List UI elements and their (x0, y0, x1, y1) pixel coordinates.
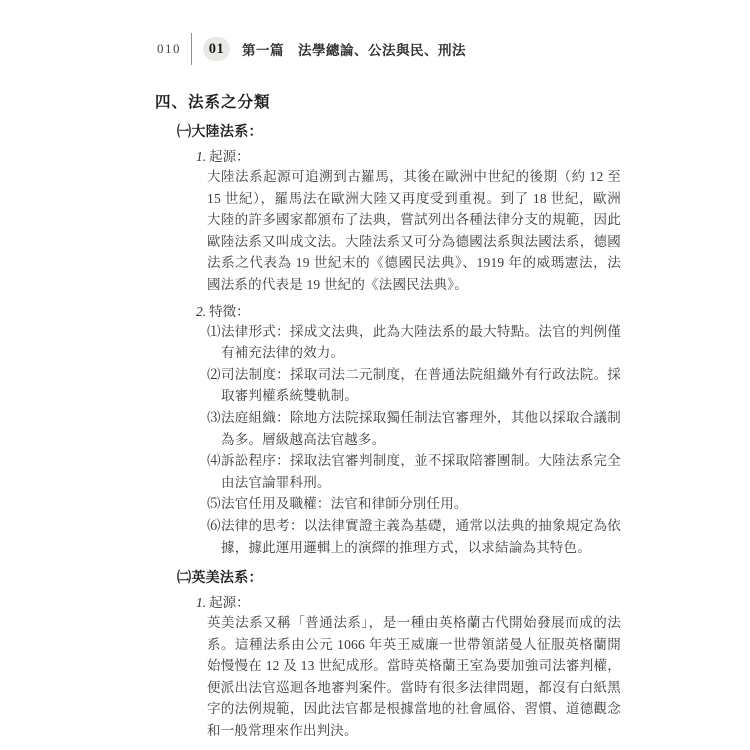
subsection-marker: ㈠ (177, 123, 191, 139)
item-number: 1. (196, 149, 206, 164)
subsection-title: ㈡英美法系： (177, 567, 750, 587)
feature-text: 訴訟程序：採取法官審判制度，並不採取陪審團制。大陸法系完全由法官論罪科刑。 (221, 450, 621, 493)
feature-marker: ⑹ (207, 515, 221, 537)
feature-item-1: ⑴ 法律形式：採成文法典，此為大陸法系的最大特點。法官的判例僅有補充法律的效力。 (207, 321, 621, 364)
feature-text: 法律形式：採成文法典，此為大陸法系的最大特點。法官的判例僅有補充法律的效力。 (221, 321, 621, 364)
item-heading-text: 特徵： (209, 304, 250, 319)
chapter-number-badge: 01 (203, 37, 230, 61)
feature-text: 法律的思考：以法律實證主義為基礎，通常以法典的抽象規定為依據，據此運用邏輯上的演… (221, 515, 621, 558)
page-header: 010 01 第一篇 法學總論、公法與民、刑法 (157, 34, 750, 64)
feature-text: 法官任用及職權：法官和律師分別任用。 (221, 493, 621, 515)
feature-text: 法庭組織：除地方法院採取獨任制法官審理外，其他以採取合議制為多。層級越高法官越多… (221, 407, 621, 450)
subsection-title-text: 英美法系： (191, 569, 263, 585)
origin-paragraph: 英美法系又稱「普通法系」，是一種由英格蘭古代開始發展而成的法系。這種法系由公元 … (207, 612, 621, 742)
item-heading-origin: 1.起源： (196, 145, 750, 165)
section-title: 四、法系之分類 (155, 90, 750, 112)
origin-paragraph: 大陸法系起源可追溯到古羅馬，其後在歐洲中世紀的後期（約 12 至 15 世紀），… (207, 166, 621, 296)
item-heading-text: 起源： (209, 595, 250, 610)
subsection-common-law: ㈡英美法系： 1.起源： 英美法系又稱「普通法系」，是一種由英格蘭古代開始發展而… (177, 567, 750, 742)
feature-item-2: ⑵ 司法制度：採取司法二元制度，在普通法院組織外有行政法院。採取審判權系統雙軌制… (207, 364, 621, 407)
subsection-title: ㈠大陸法系： (177, 121, 750, 141)
feature-marker: ⑷ (207, 450, 221, 472)
feature-marker: ⑶ (207, 407, 221, 429)
feature-marker: ⑴ (207, 321, 221, 343)
feature-item-5: ⑸ 法官任用及職權：法官和律師分別任用。 (207, 493, 621, 515)
subsection-continental-law: ㈠大陸法系： 1.起源： 大陸法系起源可追溯到古羅馬，其後在歐洲中世紀的後期（約… (177, 121, 750, 558)
item-heading-features: 2.特徵： (196, 300, 750, 320)
page-number: 010 (157, 41, 181, 57)
feature-marker: ⑸ (207, 493, 221, 515)
feature-item-6: ⑹ 法律的思考：以法律實證主義為基礎，通常以法典的抽象規定為依據，據此運用邏輯上… (207, 515, 621, 558)
chapter-title: 第一篇 法學總論、公法與民、刑法 (242, 39, 466, 59)
item-heading-origin: 1.起源： (196, 591, 750, 611)
subsection-marker: ㈡ (177, 569, 191, 585)
feature-text: 司法制度：採取司法二元制度，在普通法院組織外有行政法院。採取審判權系統雙軌制。 (221, 364, 621, 407)
feature-marker: ⑵ (207, 364, 221, 386)
item-number: 1. (196, 595, 206, 610)
header-divider (191, 33, 192, 65)
book-page: 010 01 第一篇 法學總論、公法與民、刑法 四、法系之分類 ㈠大陸法系： 1… (0, 0, 750, 750)
feature-item-4: ⑷ 訴訟程序：採取法官審判制度，並不採取陪審團制。大陸法系完全由法官論罪科刑。 (207, 450, 621, 493)
item-number: 2. (196, 304, 206, 319)
subsection-title-text: 大陸法系： (191, 123, 263, 139)
item-heading-text: 起源： (209, 149, 250, 164)
feature-item-3: ⑶ 法庭組織：除地方法院採取獨任制法官審理外，其他以採取合議制為多。層級越高法官… (207, 407, 621, 450)
feature-list: ⑴ 法律形式：採成文法典，此為大陸法系的最大特點。法官的判例僅有補充法律的效力。… (207, 321, 621, 559)
